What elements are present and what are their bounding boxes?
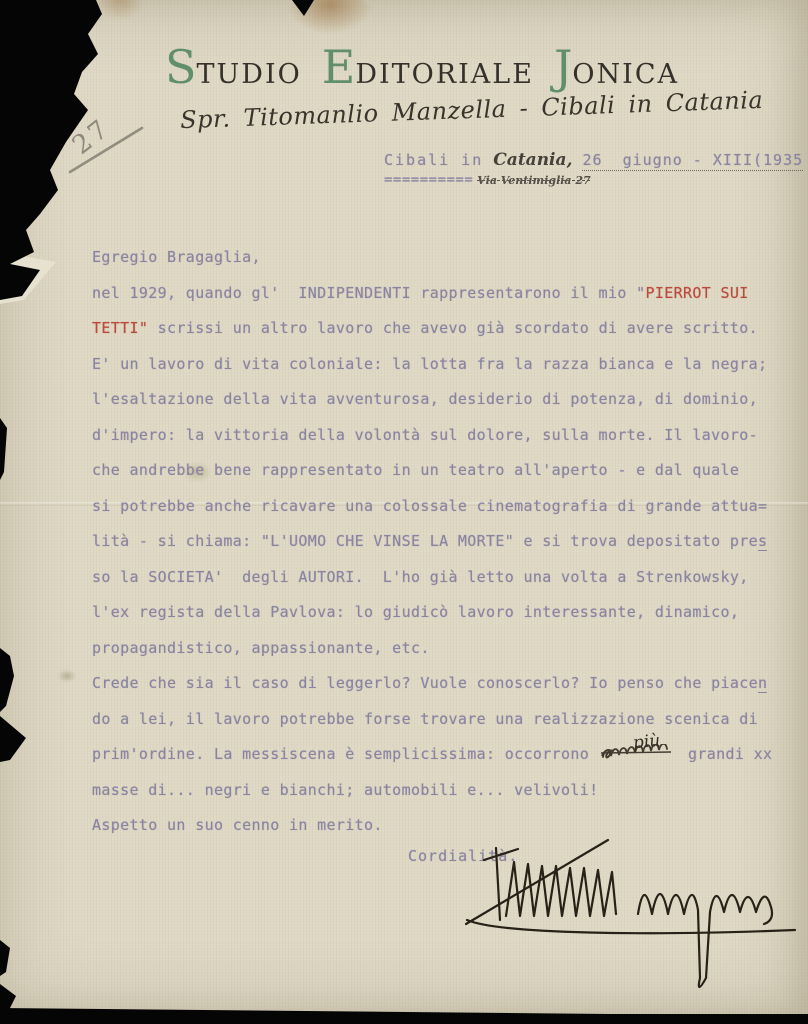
typed-text: so la SOCIETA' degli AUTORI. L'ho già le… <box>92 568 749 586</box>
letter-line: l'esaltazione della vita avventurosa, de… <box>92 382 792 418</box>
letterhead-word: STUDIO <box>165 44 302 90</box>
typed-text: l'ex regista della Pavlova: lo giudicò l… <box>92 603 739 621</box>
typed-text: Egregio Bragaglia, <box>92 248 261 266</box>
letter-line: TETTI" scrissi un altro lavoro che avevo… <box>92 311 792 347</box>
handwritten-piu: più <box>631 724 662 762</box>
letterhead-initial: E <box>322 44 356 90</box>
paper-stain <box>58 670 76 682</box>
pencil-slash <box>56 106 156 186</box>
typed-text: masse di... negri e bianchi; automobili … <box>92 781 599 799</box>
typed-text: scrissi un altro lavoro che avevo già sc… <box>148 319 758 337</box>
handwritten-sender-line: Spr. Titomanlio Manzella - Cibali in Cat… <box>180 86 764 134</box>
typed-place: Cibali in <box>384 151 483 169</box>
letter-line: so la SOCIETA' degli AUTORI. L'ho già le… <box>92 560 792 596</box>
letterhead-word-rest: TUDIO <box>197 61 302 88</box>
red-typed-title: TETTI" <box>92 319 148 337</box>
letter-line: propagandistico, appassionante, etc. <box>92 631 792 667</box>
paper-stain <box>288 0 372 34</box>
crossed-out-word: più <box>599 744 679 762</box>
typed-text: lità - si chiama: "L'UOMO CHE VINSE LA M… <box>92 532 758 550</box>
typed-text: Aspetto un suo cenno in merito. <box>92 816 383 834</box>
printed-street-address: Via Ventimiglia 27 <box>477 174 590 187</box>
letterhead-initial: J <box>554 44 572 90</box>
letter-line: Crede che sia il caso di leggerlo? Vuole… <box>92 666 792 702</box>
signature-titomanlio-manzella <box>430 828 808 1008</box>
letterhead-initial: S <box>165 44 197 90</box>
letterhead-word-rest: ONICA <box>572 61 679 88</box>
printed-city: Catania, <box>493 150 572 170</box>
letter-line: che andrebbe bene rappresentato in un te… <box>92 453 792 489</box>
photo-backdrop: { "colors": { "paper": "#ded8c4", "backd… <box>0 0 808 1024</box>
letter-line: si potrebbe anche ricavare una colossale… <box>92 489 792 525</box>
typed-text: Crede che sia il caso di leggerlo? Vuole… <box>92 674 758 692</box>
typed-text: grandi xx <box>679 745 773 763</box>
dateline-row: ==========Via Ventimiglia 27 <box>384 172 803 188</box>
letter-photo: STUDIOEDITORIALEJONICA Spr. Titomanlio M… <box>0 0 808 1024</box>
typed-text: si potrebbe anche ricavare una colossale… <box>92 497 767 515</box>
typed-text: che andrebbe bene rappresentato in un te… <box>92 461 739 479</box>
typed-text: d'impero: la vittoria della volontà sul … <box>92 426 758 444</box>
salutation: Egregio Bragaglia, <box>92 240 792 276</box>
dateline-row: Cibali inCatania,26 giugno - XIII(1935 <box>384 150 803 171</box>
letterhead: STUDIOEDITORIALEJONICA <box>162 44 682 90</box>
underlined-letter: n <box>758 674 767 693</box>
letter-line: do a lei, il lavoro potrebbe forse trova… <box>92 702 792 738</box>
red-typed-title: PIERROT SUI <box>645 284 748 302</box>
pencil-archive-number: 27 <box>56 106 156 186</box>
typed-equals: ========== <box>384 172 473 188</box>
letter-line: E' un lavoro di vita coloniale: la lotta… <box>92 347 792 383</box>
letter-line: masse di... negri e bianchi; automobili … <box>92 773 792 809</box>
dateline: Cibali inCatania,26 giugno - XIII(1935 =… <box>384 150 803 188</box>
typed-text: prim'ordine. La messiscena è semplicissi… <box>92 745 599 763</box>
typed-date: 26 giugno - XIII(1935 <box>582 151 803 171</box>
letter-line: l'ex regista della Pavlova: lo giudicò l… <box>92 595 792 631</box>
typed-text: propagandistico, appassionante, etc. <box>92 639 430 657</box>
typed-text: l'esaltazione della vita avventurosa, de… <box>92 390 758 408</box>
letterhead-word: EDITORIALE <box>322 44 534 90</box>
letter-line: nel 1929, quando gl' INDIPENDENTI rappre… <box>92 276 792 312</box>
typed-text: nel 1929, quando gl' INDIPENDENTI rappre… <box>92 284 645 302</box>
underlined-letter: s <box>758 532 767 551</box>
typed-text: E' un lavoro di vita coloniale: la lotta… <box>92 355 767 373</box>
letter-line: lità - si chiama: "L'UOMO CHE VINSE LA M… <box>92 524 792 560</box>
letter-line: d'impero: la vittoria della volontà sul … <box>92 418 792 454</box>
paper-stain <box>96 0 144 20</box>
letterhead-word: JONICA <box>554 44 679 90</box>
letterhead-word-rest: DITORIALE <box>355 61 534 88</box>
letter-line: prim'ordine. La messiscena è semplicissi… <box>92 737 792 773</box>
letter-body: Egregio Bragaglia, nel 1929, quando gl' … <box>92 240 792 844</box>
letter-paper: STUDIOEDITORIALEJONICA Spr. Titomanlio M… <box>0 0 808 1014</box>
